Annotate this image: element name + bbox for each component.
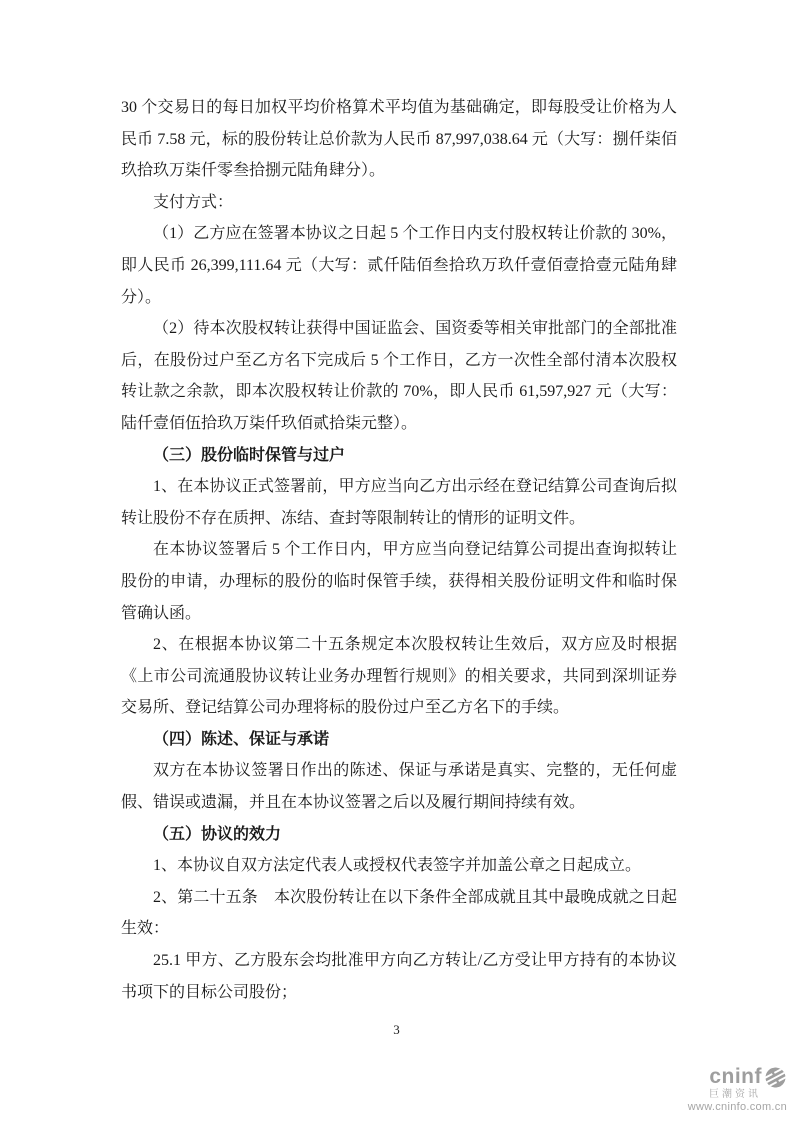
section-heading-5: （五）协议的效力 (121, 819, 677, 851)
paragraph: 30 个交易日的每日加权平均价格算术平均值为基础确定，即每股受让价格为人民币 7… (121, 92, 677, 187)
page-number: 3 (0, 1022, 793, 1038)
paragraph: （1）乙方应在签署本协议之日起 5 个工作日内支付股权转让价款的 30%，即人民… (121, 218, 677, 313)
cninfo-brand-text: cninf (709, 1066, 762, 1088)
paragraph: 2、第二十五条 本次股份转让在以下条件全部成就且其中最晚成就之日起生效： (121, 882, 677, 945)
cninfo-watermark: cninf 巨潮资讯 (688, 1066, 787, 1114)
paragraph: 2、在根据本协议第二十五条规定本次股权转让生效后，双方应及时根据《上市公司流通股… (121, 629, 677, 724)
section-heading-3: （三）股份临时保管与过户 (121, 440, 677, 472)
paragraph: 支付方式： (121, 187, 677, 219)
cninfo-url: www.cninfo.com.cn (688, 1102, 787, 1114)
paragraph: （2）待本次股权转让获得中国证监会、国资委等相关审批部门的全部批准后，在股份过户… (121, 313, 677, 439)
document-page: 30 个交易日的每日加权平均价格算术平均值为基础确定，即每股受让价格为人民币 7… (0, 0, 793, 1122)
paragraph: 双方在本协议签署日作出的陈述、保证与承诺是真实、完整的，无任何虚假、错误或遗漏，… (121, 755, 677, 818)
section-heading-4: （四）陈述、保证与承诺 (121, 724, 677, 756)
paragraph: 1、本协议自双方法定代表人或授权代表签字并加盖公章之日起成立。 (121, 850, 677, 882)
paragraph: 25.1 甲方、乙方股东会均批准甲方向乙方转让/乙方受让甲方持有的本协议书项下的… (121, 945, 677, 1008)
cninfo-chinese-name: 巨潮资讯 (688, 1090, 787, 1101)
paragraph: 在本协议签署后 5 个工作日内，甲方应当向登记结算公司提出查询拟转让股份的申请，… (121, 534, 677, 629)
document-body: 30 个交易日的每日加权平均价格算术平均值为基础确定，即每股受让价格为人民币 7… (121, 92, 677, 1008)
paragraph: 1、在本协议正式签署前，甲方应当向乙方出示经在登记结算公司查询后拟转让股份不存在… (121, 471, 677, 534)
cninfo-swirl-icon (764, 1066, 787, 1089)
